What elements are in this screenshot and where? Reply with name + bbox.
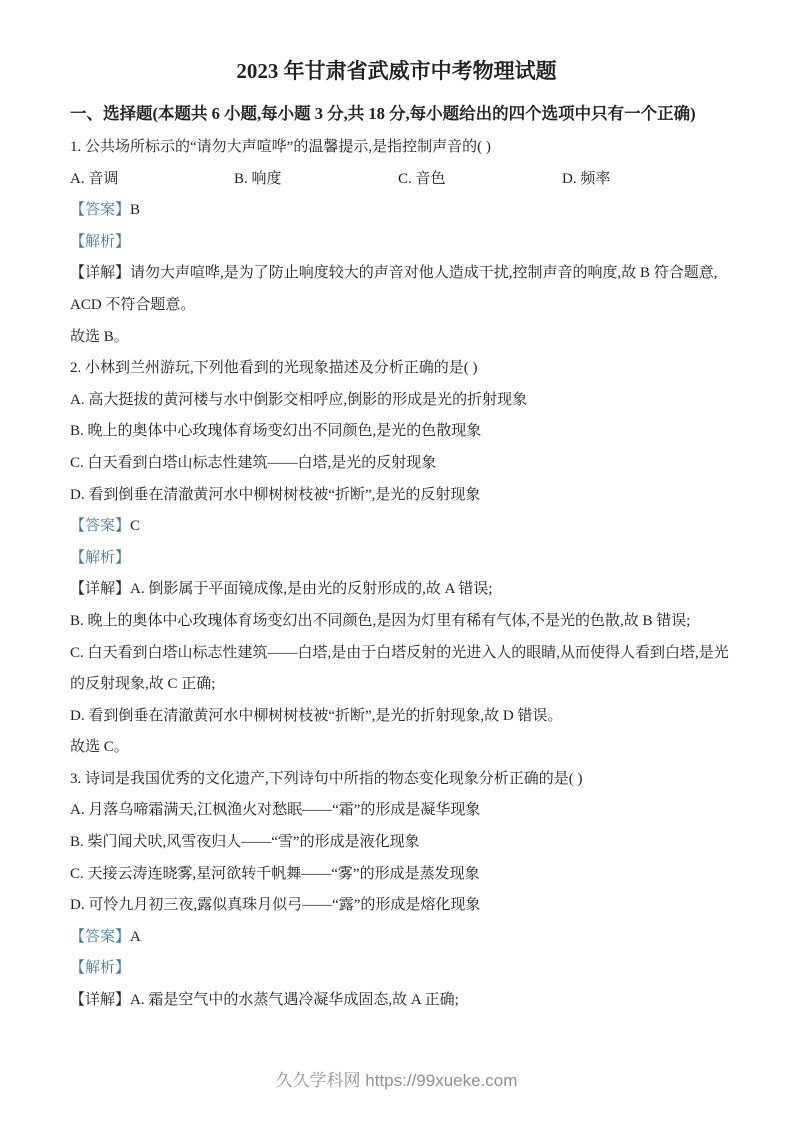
q3-analysis-label: 【解析】 — [70, 960, 130, 976]
q2-analysis-line: 【解析】 — [70, 543, 727, 575]
q1-stem: 1. 公共场所标示的“请勿大声喧哗”的温馨提示,是指控制声音的( ) — [70, 132, 727, 164]
q3-option-b: B. 柴门闻犬吠,风雪夜归人——“雪”的形成是液化现象 — [70, 827, 727, 859]
q1-answer-label: 【答案】 — [70, 202, 130, 218]
q1-option-d: D. 频率 — [562, 164, 610, 196]
q2-answer-label: 【答案】 — [70, 518, 130, 534]
q2-option-a: A. 高大挺拔的黄河楼与水中倒影交相呼应,倒影的形成是光的折射现象 — [70, 385, 727, 417]
q2-option-c: C. 白天看到白塔山标志性建筑——白塔,是光的反射现象 — [70, 448, 727, 480]
q2-detail-line: B. 晚上的奥体中心玫瑰体育场变幻出不同颜色,是因为灯里有稀有气体,不是光的色散… — [70, 606, 727, 638]
q2-conclusion-line: 故选 C。 — [70, 732, 727, 764]
q1-option-c: C. 音色 — [398, 164, 562, 196]
q1-conclusion-line: 故选 B。 — [70, 322, 727, 354]
q1-analysis-label: 【解析】 — [70, 234, 130, 250]
q2-detail-line: 的反射现象,故 C 正确; — [70, 669, 727, 701]
watermark-footer: 久久学科网 https://99xueke.com — [0, 1066, 793, 1091]
q3-detail-line: 【详解】A. 霜是空气中的水蒸气遇冷凝华成固态,故 A 正确; — [70, 985, 727, 1017]
q3-option-a: A. 月落乌啼霜满天,江枫渔火对愁眠——“霜”的形成是凝华现象 — [70, 795, 727, 827]
q1-analysis-line: 【解析】 — [70, 227, 727, 259]
q2-detail-line: 【详解】A. 倒影属于平面镜成像,是由光的反射形成的,故 A 错误; — [70, 574, 727, 606]
q2-detail-line: C. 白天看到白塔山标志性建筑——白塔,是由于白塔反射的光进入人的眼睛,从而使得… — [70, 638, 727, 670]
q1-option-b: B. 响度 — [234, 164, 398, 196]
q2-answer-value: C — [130, 518, 140, 534]
q1-detail-line: ACD 不符合题意。 — [70, 290, 727, 322]
q3-option-d: D. 可怜九月初三夜,露似真珠月似弓——“露”的形成是熔化现象 — [70, 890, 727, 922]
q3-option-c: C. 天接云涛连晓雾,星河欲转千帆舞——“雾”的形成是蒸发现象 — [70, 859, 727, 891]
q3-answer-value: A — [130, 929, 141, 945]
q2-detail-line: D. 看到倒垂在清澈黄河水中柳树树枝被“折断”,是光的折射现象,故 D 错误。 — [70, 701, 727, 733]
q2-answer-line: 【答案】C — [70, 511, 727, 543]
q1-detail-line: 【详解】请勿大声喧哗,是为了防止响度较大的声音对他人造成干扰,控制声音的响度,故… — [70, 258, 727, 290]
section-header: 一、选择题(本题共 6 小题,每小题 3 分,共 18 分,每小题给出的四个选项… — [70, 102, 743, 126]
document-page: 2023 年甘肃省武威市中考物理试题 一、选择题(本题共 6 小题,每小题 3 … — [0, 0, 793, 1122]
q1-answer-line: 【答案】B — [70, 195, 727, 227]
q1-answer-value: B — [130, 202, 140, 218]
q2-analysis-label: 【解析】 — [70, 550, 130, 566]
q2-stem: 2. 小林到兰州游玩,下列他看到的光现象描述及分析正确的是( ) — [70, 353, 727, 385]
q3-analysis-line: 【解析】 — [70, 953, 727, 985]
q2-option-d: D. 看到倒垂在清澈黄河水中柳树树枝被“折断”,是光的反射现象 — [70, 480, 727, 512]
q1-option-a: A. 音调 — [70, 164, 234, 196]
q3-answer-label: 【答案】 — [70, 929, 130, 945]
q2-option-b: B. 晚上的奥体中心玫瑰体育场变幻出不同颜色,是光的色散现象 — [70, 416, 727, 448]
q3-stem: 3. 诗词是我国优秀的文化遗产,下列诗句中所指的物态变化现象分析正确的是( ) — [70, 764, 727, 796]
document-body: 1. 公共场所标示的“请勿大声喧哗”的温馨提示,是指控制声音的( ) A. 音调… — [70, 132, 727, 1017]
document-title: 2023 年甘肃省武威市中考物理试题 — [0, 0, 793, 86]
q3-answer-line: 【答案】A — [70, 922, 727, 954]
q1-options-row: A. 音调B. 响度C. 音色D. 频率 — [70, 164, 727, 196]
